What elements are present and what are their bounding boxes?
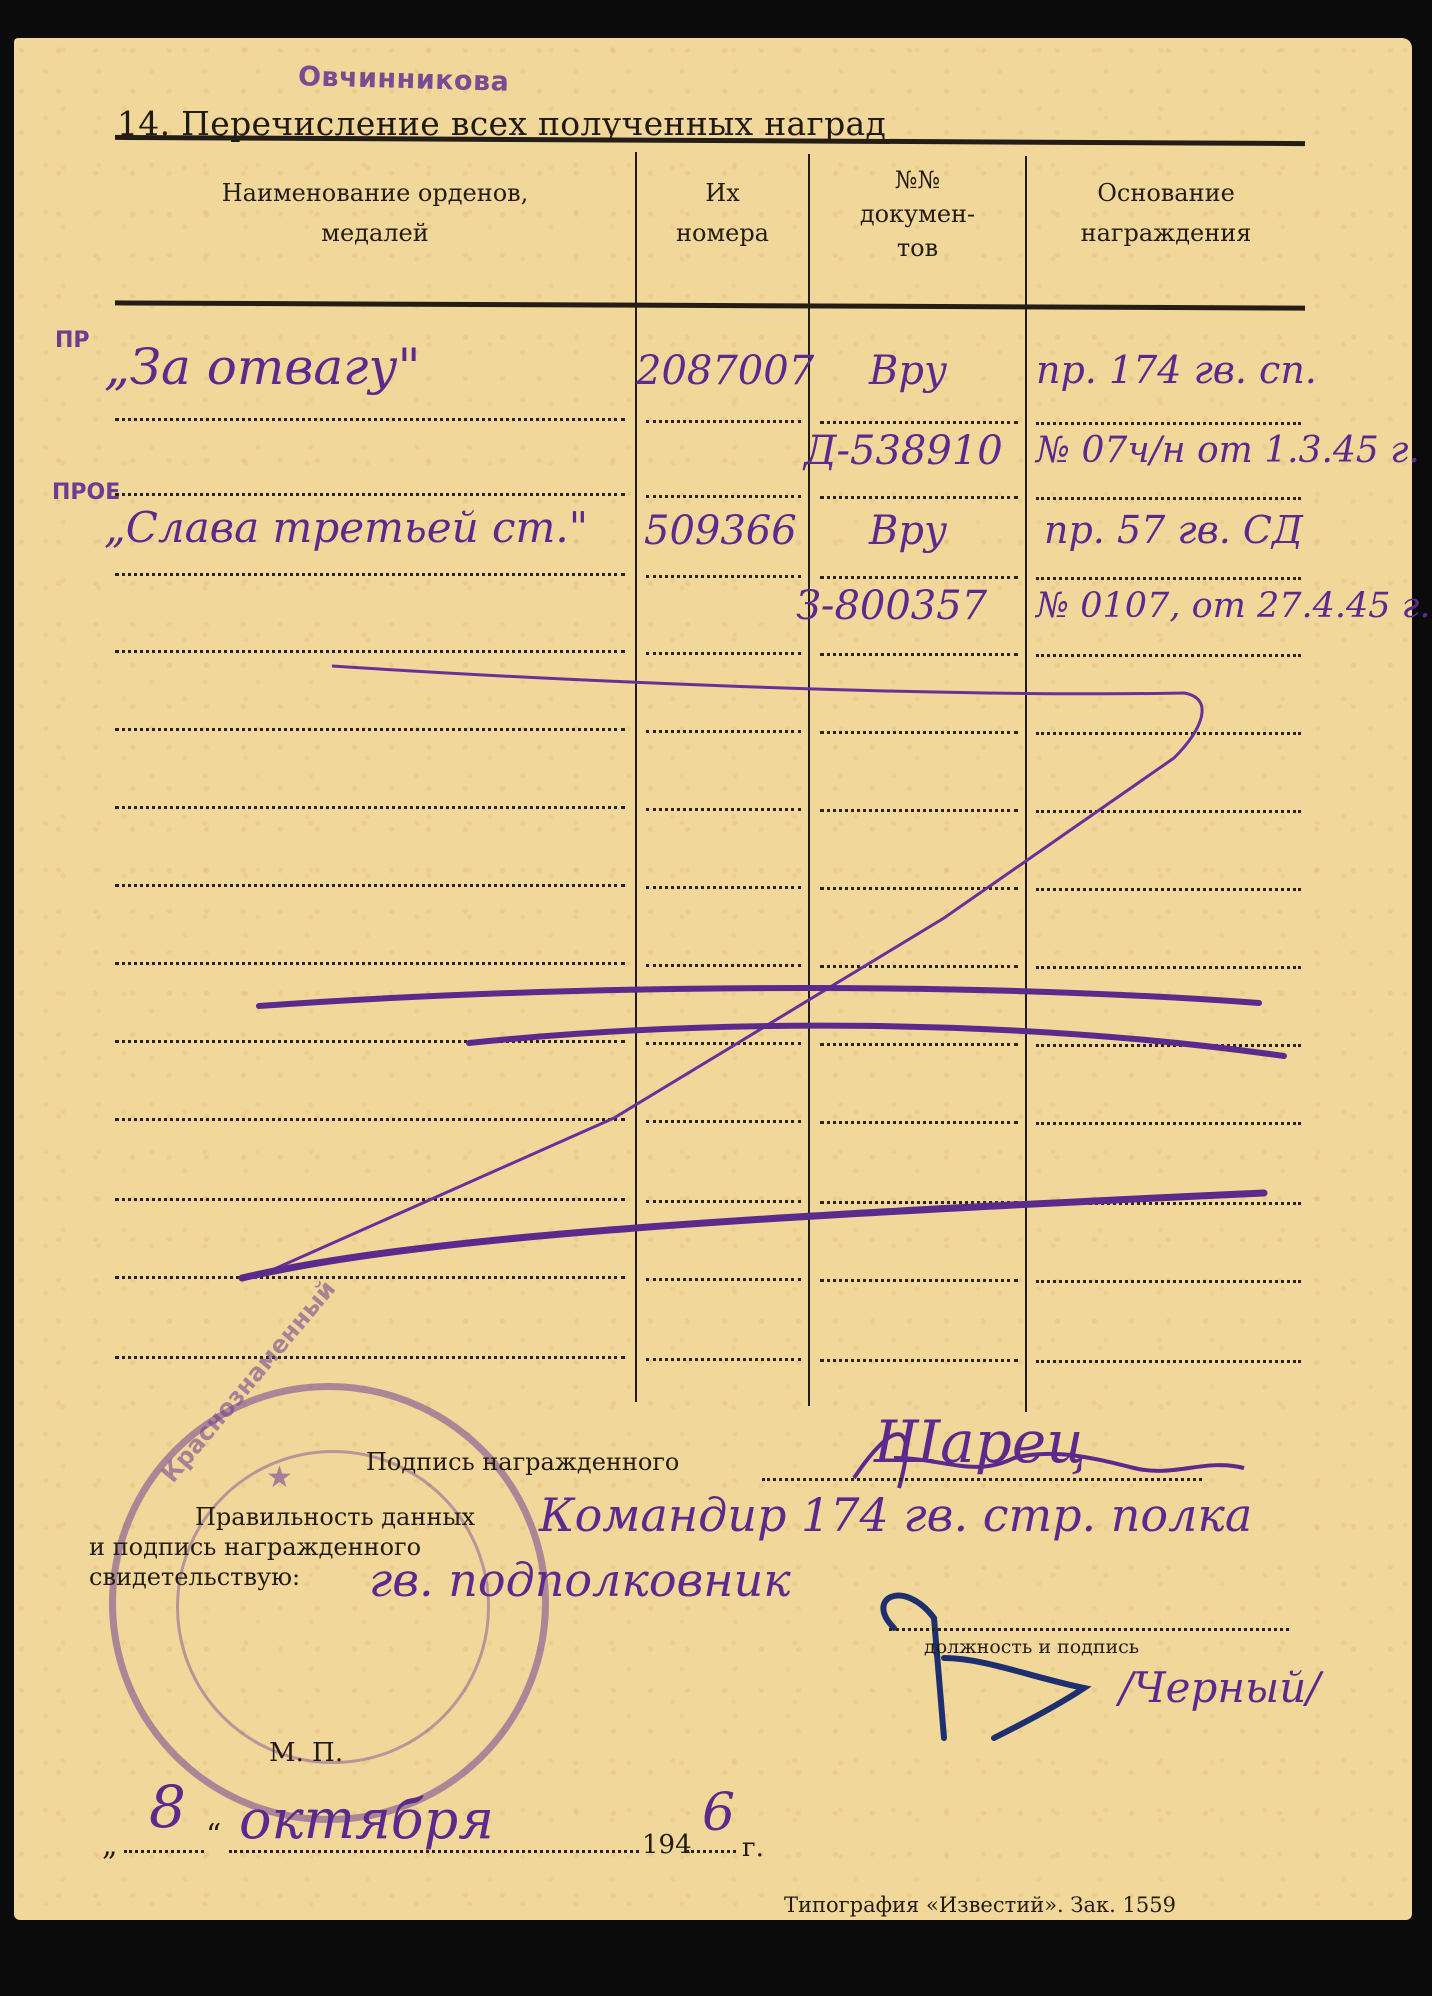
position-signature-line: [889, 1628, 1289, 1631]
award-document-page: Овчинникова 14. Перечисление всех получе…: [14, 38, 1412, 1920]
date-month: октября: [239, 1788, 494, 1851]
unit-seal-inner-ring: [176, 1450, 490, 1764]
date-year-line: [686, 1850, 736, 1853]
recipient-signature: Шарец: [874, 1408, 1087, 1476]
certify-text-line3: свидетельствую:: [89, 1563, 300, 1591]
date-open-quote: „: [102, 1828, 118, 1863]
recipient-signature-label: Подпись награжденного: [366, 1448, 679, 1476]
date-year-mark: г.: [742, 1833, 764, 1863]
date-day-line: [124, 1850, 204, 1853]
seal-place-label: М. П.: [269, 1738, 343, 1768]
date-year-prefix: 194: [642, 1830, 692, 1860]
officer-position-line2: гв. подполковник: [369, 1553, 791, 1607]
officer-name: /Черный/: [1119, 1663, 1320, 1712]
date-year-suffix: 6: [702, 1783, 735, 1843]
certify-text-line1: Правильность данных: [195, 1503, 475, 1531]
printer-imprint: Типография «Известий». Зак. 1559: [784, 1893, 1176, 1917]
date-day: 8: [149, 1773, 186, 1841]
date-close-quote: “: [206, 1818, 221, 1853]
position-signature-caption: должность и подпись: [924, 1636, 1139, 1658]
recipient-signature-line: [762, 1478, 1202, 1481]
officer-position-line1: Командир 174 гв. стр. полка: [539, 1488, 1252, 1542]
seal-star-icon: ★: [266, 1460, 293, 1495]
